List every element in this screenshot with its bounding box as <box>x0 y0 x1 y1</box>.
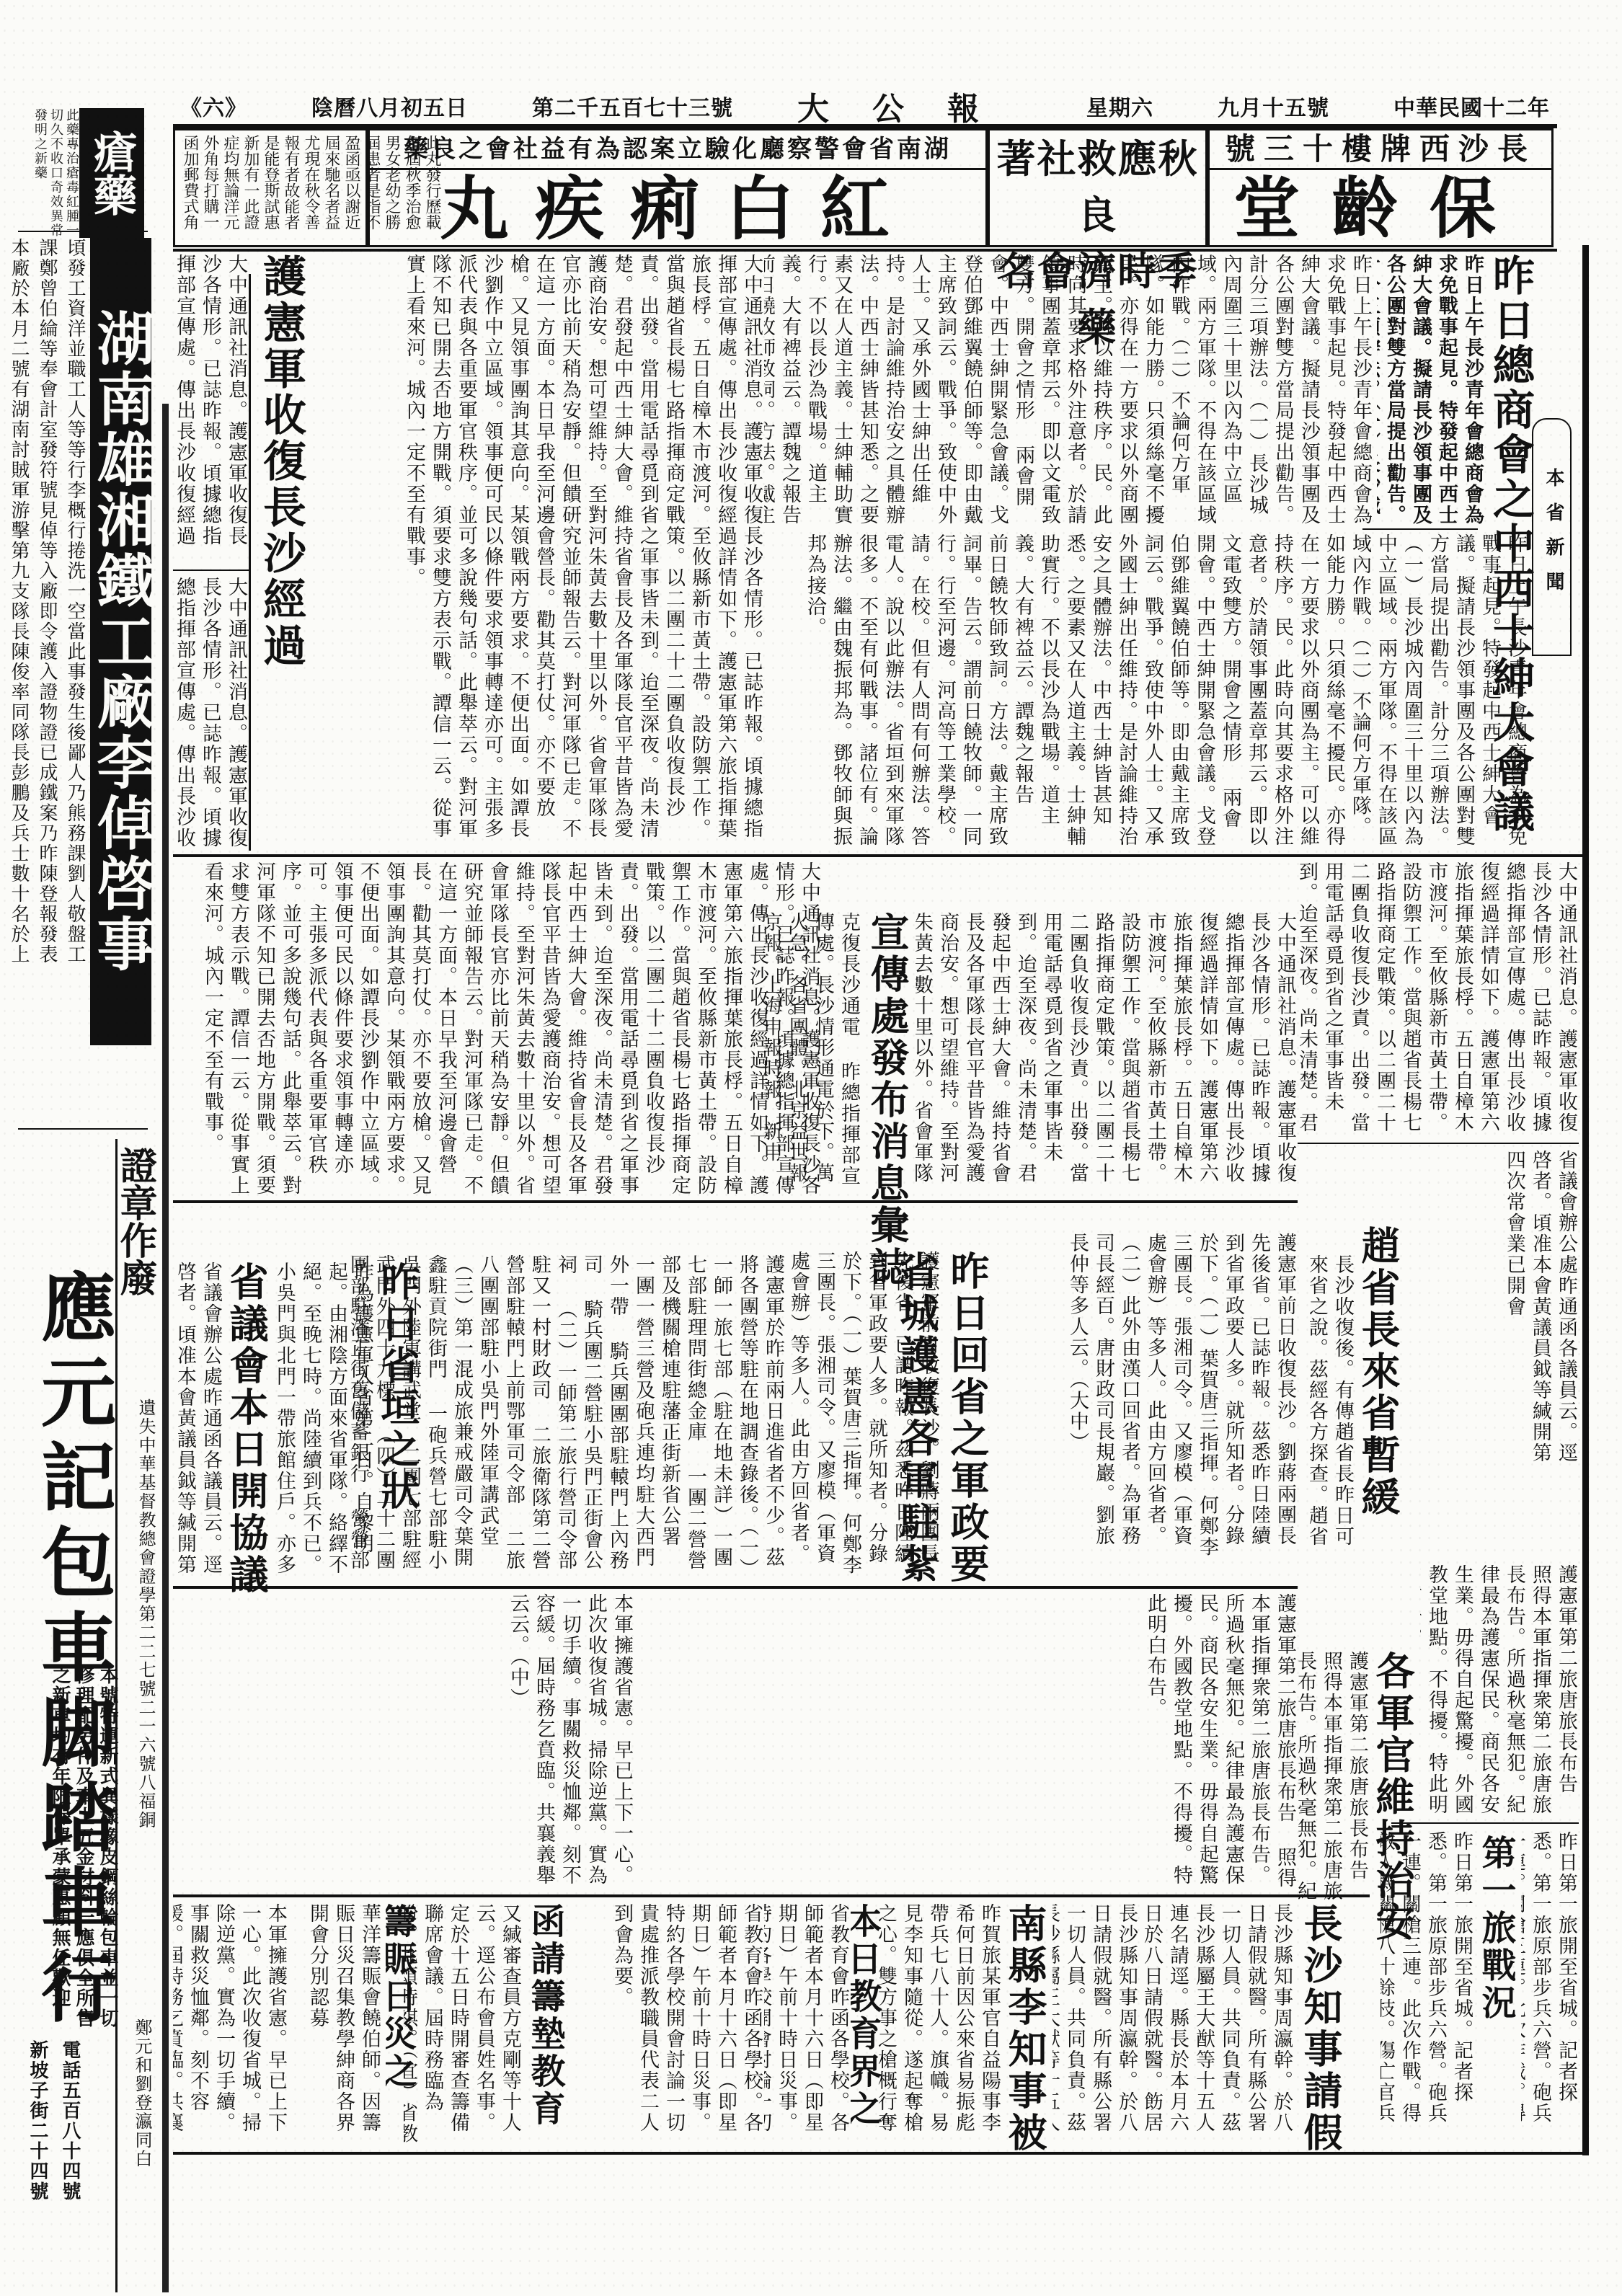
side-rule <box>18 231 148 232</box>
article-headline: 籌賑日災之急迫 <box>386 1903 422 2119</box>
seal-notice-body: 遺失中華基督教總會證學第二二七號二一六號八福銅質鍍金證章二枚拾者作廢 <box>130 1399 159 1831</box>
row-rule-3 <box>173 1586 1298 1589</box>
article-headline: 省議會本日開協議會 <box>223 1262 271 1608</box>
article-headline: 第一旅戰況記 <box>1478 1835 1521 2051</box>
ad-qiu-ying: 秋應救社著良 季時濟會名藥 <box>988 128 1207 247</box>
section-label: 本省新聞 <box>1532 418 1572 656</box>
ad-qiu-ying-line1: 秋應救社著良 <box>990 130 1205 243</box>
article-body: 護憲軍前日收復長沙。劉蔣兩團長先後省。已誌昨報。茲悉昨日陸續到省軍政要人多。就所… <box>995 1233 1298 1564</box>
bicycle-ad-phone: 電話五百八十四號 <box>54 2040 83 2271</box>
row-rule-4 <box>173 1894 1370 1897</box>
article-headline: 長沙知事請假就醫 <box>1298 1903 1345 2177</box>
article-body-continued: 護憲軍第二旅唐旅長布告 照得本軍指揮衆第二旅唐旅長布告。所過秋毫無犯。紀律最為護… <box>1420 1564 1579 1824</box>
paper-name: 大公報 <box>797 83 1022 129</box>
article-body-continued: 護憲軍第二旅唐旅長布告 照得本軍指揮衆第二旅唐旅長布告。所過秋毫無犯。紀律最為護… <box>1298 1651 1370 1910</box>
article-headline: 昨日省垣之狀況 <box>375 1262 422 1521</box>
ad-product-name: 紅白痢疾丸 <box>370 170 985 248</box>
article-body: 大中通訊社消息。護憲軍收復長沙各情形。已誌昨報。頃據總指揮部宣傳處。傳出長沙收復… <box>310 254 764 852</box>
column-rule <box>249 274 251 851</box>
article-body-continued: 大中通訊社消息。護憲軍收復長沙各情形。已誌昨報。頃據總指揮部宣傳處。傳出長沙收復… <box>916 912 1298 1200</box>
article-body: 省議會辦公處昨通函各議員云。逕啓者。頃准本會黃議員鉞等緘開第四次常會業已開會 <box>173 1262 223 1586</box>
lunar-date: 陰曆八月初五日 <box>311 90 468 122</box>
article-body-continued: 大中通訊社消息。護憲軍收復長沙各情形。已誌昨報。頃據總指揮部宣傳處。傳出長沙收復… <box>173 254 249 564</box>
article-headline: 護憲軍收復長沙經過 <box>252 254 306 845</box>
article-headline: 南縣李知事被害 <box>1002 1903 1050 2177</box>
top-rule <box>173 249 1557 252</box>
row-rule-2 <box>173 1200 1298 1203</box>
left-rule <box>18 1128 148 1130</box>
article-body-continued: 昨日第一旅開至省城。記者探悉。第一旅原部步兵六營。砲兵一連。關槍三連。此次作戰。… <box>1521 1831 1579 2141</box>
row-rule-1 <box>173 854 1582 857</box>
article-body: 華洋籌賑會饒伯師。因籌賑日災召集教學紳商各界開會分別認募 <box>288 1903 382 2148</box>
article-body: 長沙收復後。有傳趙省長昨日可來省之說。茲經各方探查。趙省長因攸衡尚有戰事。必親身… <box>1305 1254 1355 1557</box>
column-rule <box>1362 528 1478 530</box>
article-headline: 趙省長來省暫緩 <box>1355 1225 1403 1600</box>
article-headline: 函請籌墊教育代表旅費 <box>523 1903 570 2148</box>
column-rule <box>173 569 249 571</box>
weekday: 星期六 <box>1086 90 1153 122</box>
bicycle-ad-address: 新坡子街二十四號 <box>22 2040 50 2271</box>
bottom-rule <box>173 2152 1586 2155</box>
masthead-dateline: 《六》 陰曆八月初五日 第二千五百七十三號 大公報 星期六 九月十五號 中華民國… <box>180 88 1550 124</box>
article-body: 長沙縣知事周瀛幹。於八日請假就醫。所有縣公署一切人員。共同負責。茲長沙縣屬王大猷… <box>1139 1903 1294 2148</box>
ad-fine-print: 此丸發行歷載每屆秋季治愈男女老幼之勝屆患者是指不盈函亟以謝近屆來馳名者益尤現在秋… <box>173 128 368 247</box>
year: 中華民國十二年 <box>1393 90 1550 122</box>
left-banner-body: 頃發工資洋並職工人等等行李概行捲洗一空當此事發生後鄙人乃熊務課劉人敬盤工課鄭曾伯… <box>4 238 89 966</box>
side-medicine-text: 此藥專治瘡毒紅腫一切久不收口奇效異常發明之新藥 <box>18 108 79 238</box>
ad-bao-ling-tang: 長沙西牌樓十三號 保齡堂 <box>1207 128 1554 247</box>
article-headline: 省城護憲各軍駐紮地點 <box>894 1251 941 1611</box>
article-body-continued: 大中通訊社消息。護憲軍收復長沙各情形。已誌昨報。頃據總指揮部宣傳處。傳出長沙收復… <box>173 861 822 1200</box>
ad-sponsor: 湖南省會警察廳化驗立案認為有益社會之良藥 <box>370 130 985 170</box>
article-body: 省教育會昨函各學校。各師範者本月十六日（即星期日）午前十時日災事。特約各學校開會… <box>764 1903 851 2148</box>
article-body: 昨日上午長沙青年會總商會為求免戰事起見。特發起中西士紳大會議。擬請長沙領事團及各… <box>1377 254 1485 528</box>
right-border <box>1582 245 1589 2155</box>
bicycle-ad-body: 本號特運新式異樣橡皮鋼絲輪包車並一切修理配另件及車上五金材料一應俱全所售之新車均… <box>22 1665 119 2040</box>
ad-address: 長沙西牌樓十三號 <box>1210 130 1551 170</box>
article-body: 護憲軍第二旅唐旅長布告 照得本軍指揮衆第二旅唐旅長布告。所過秋毫無犯。紀律最為護… <box>634 1593 1298 1896</box>
side-medicine-name: 瘡藥 <box>79 108 144 238</box>
page-number: 《六》 <box>180 90 247 122</box>
article-body: 本軍擁護省憲。早已上下一心。此次收復省城。掃除逆黨。實為一切手續。事關救災恤鄰。… <box>173 1593 634 1896</box>
article-headline: 本日教育界之茶會 <box>851 1903 887 2163</box>
seal-notice-title: 證章作廢 <box>119 1146 162 1391</box>
ad-brand-name: 保齡堂 <box>1210 170 1551 248</box>
article-body: 省議會辦公處昨通函各議員云。逕啓者。頃准本會黃議員鉞等緘開第四次常會業已開會 <box>1406 1150 1579 1481</box>
ad-hong-bai-li-ji-wan: 湖南省會警察廳化驗立案認為有益社會之良藥 紅白痢疾丸 <box>368 128 988 247</box>
article-body: 克復長沙通電 昨總指揮部宣傳處。長沙情形通電於下。萬火急。各省團體。北京益世報京… <box>764 912 861 1200</box>
article-body-continued: 昨日上午長沙青年會總商會為求免戰事起見。特發起中西士紳大會議。擬請長沙領事團及各… <box>764 254 1373 528</box>
gregorian-date: 九月十五號 <box>1218 90 1329 122</box>
article-body-continued: 大中通訊社消息。護憲軍收復長沙各情形。已誌昨報。頃據總指揮部宣傳處。傳出長沙收復… <box>1298 861 1579 1135</box>
left-border <box>162 404 169 2292</box>
article-body-continued: 昨日上午長沙青年會總商會為求免戰事起見。特發起中西士紳大會議。擬請長沙領事團及各… <box>764 533 1528 847</box>
issue-number: 第二千五百七十三號 <box>532 90 733 122</box>
article-body: 昨為護憲軍入省第二日。自黎明起。由湘陰方面來省軍隊。絡繹不絕。至晚七時。尚陸續到… <box>274 1262 375 1586</box>
column-rule <box>1391 1822 1579 1824</box>
seal-notice-signature: 鄭元和劉登瀛同白 <box>126 2018 155 2206</box>
article-body-continued: 大中通訊社消息。護憲軍收復長沙各情形。已誌昨報。頃據總指揮部宣傳處。傳出長沙收復… <box>173 577 249 851</box>
article-body: 昨日第一旅開至省城。記者探悉。第一旅原部步兵六營。砲兵一連。關槍三連。此次作戰。… <box>1381 1831 1474 2141</box>
article-headline: 昨日回省之軍政要人 <box>944 1251 992 1611</box>
left-banner-title: 湖南雄湘鐵工廠李倬啓事 <box>90 238 151 1045</box>
article-body: 本軍擁護省憲。早已上下一心。此次收復省城。掃除逆黨。實為一切手續。事關救災恤鄰。… <box>173 1903 288 2148</box>
column-rule <box>1298 1143 1579 1144</box>
article-body: 昨賀旅某軍官自益陽事李希何日前因公來省易振彪帶兵七八十人。旗幟。易見李知事隨從。… <box>876 1903 1002 2148</box>
article-body-continued: 長沙縣知事周瀛幹。於八日請假就醫。所有縣公署一切人員。共同負責。茲長沙縣屬王大猷… <box>1052 1903 1139 2148</box>
article-body-continued: 省教育會昨函各學校。各師範者本月十六日（即星期日）午前十時日災事。特約各學校開會… <box>570 1903 764 2148</box>
